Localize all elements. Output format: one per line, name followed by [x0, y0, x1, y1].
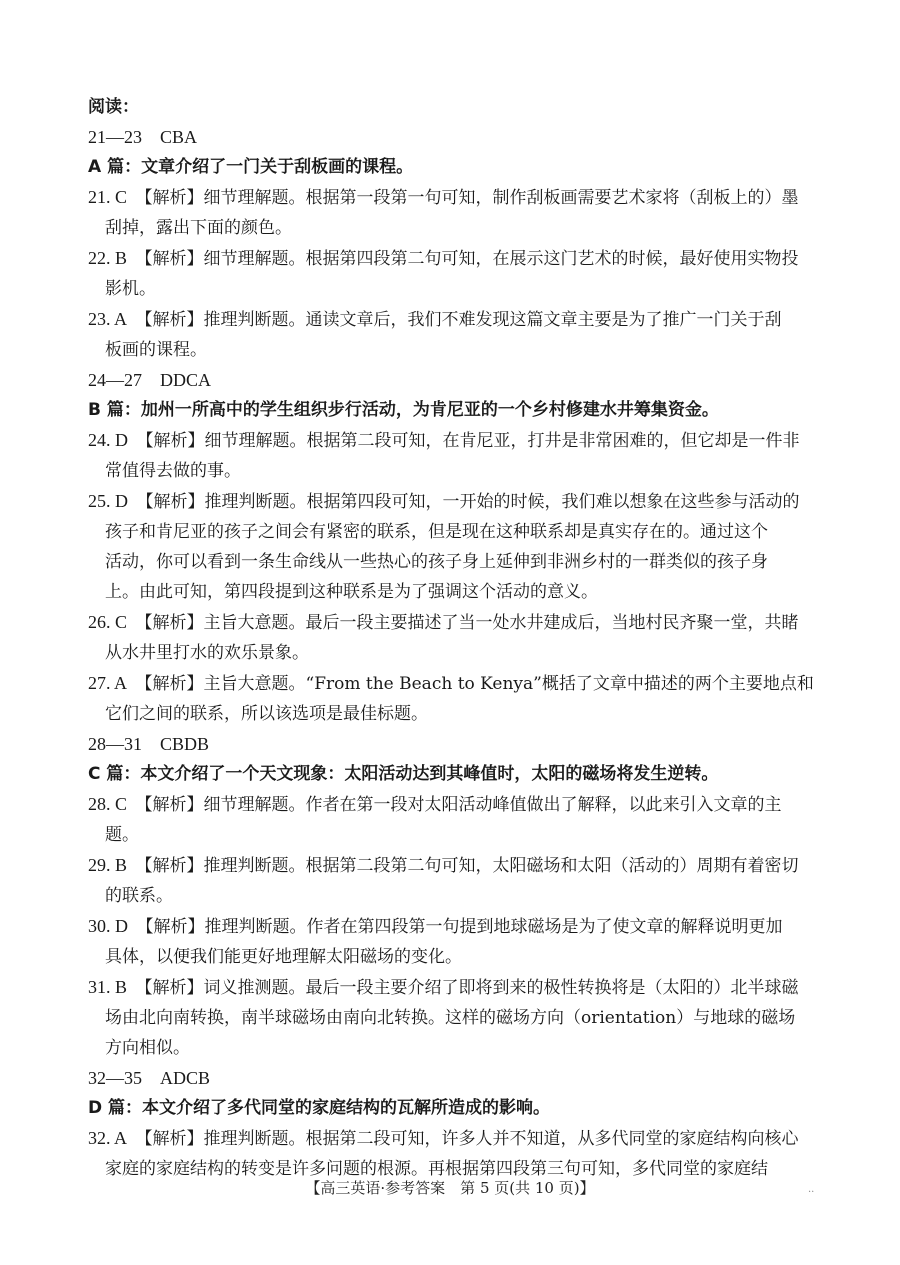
analysis-tag: 【解析】 — [136, 1129, 204, 1149]
explanation-text: 推理判断题。根据第二段可知，许多人并不知道，从多代同堂的家庭结构向核心 — [204, 1129, 799, 1149]
explanation-text: 细节理解题。根据第一段第一句可知，制作刮板画需要艺术家将（刮板上的）墨 — [204, 188, 799, 208]
explanation-continuation-line: 影机。 — [88, 274, 818, 304]
explanation-first-line: 21. C 【解析】细节理解题。根据第一段第一句可知，制作刮板画需要艺术家将（刮… — [88, 182, 818, 213]
explanation-first-line: 25. D 【解析】推理判断题。根据第四段可知，一开始的时候，我们难以想象在这些… — [88, 486, 818, 517]
explanation-text: 题。 — [105, 825, 139, 845]
explanation-text: 细节理解题。根据第四段第二句可知，在展示这门艺术的时候，最好使用实物投 — [204, 249, 799, 269]
question-number-answer: 22. B — [88, 248, 127, 268]
question-number-answer: 32. A — [88, 1128, 127, 1148]
explanation-text: 刮掉，露出下面的颜色。 — [105, 218, 292, 238]
explanation-text: 推理判断题。作者在第四段第一句提到地球磁场是为了使文章的解释说明更加 — [205, 917, 783, 937]
question-number-answer: 21. C — [88, 187, 127, 207]
question-number-answer: 25. D — [88, 491, 128, 511]
answer-explanation: 30. D 【解析】推理判断题。作者在第四段第一句提到地球磁场是为了使文章的解释… — [88, 911, 818, 972]
explanation-continuation-line: 题。 — [88, 820, 818, 850]
explanation-text: 它们之间的联系，所以该选项是最佳标题。 — [105, 704, 428, 724]
answer-explanation: 31. B 【解析】词义推测题。最后一段主要介绍了即将到来的极性转换将是（太阳的… — [88, 972, 818, 1063]
question-number-answer: 29. B — [88, 855, 127, 875]
explanation-text: 推理判断题。根据第四段可知，一开始的时候，我们难以想象在这些参与活动的 — [205, 492, 800, 512]
answer-explanation: 23. A 【解析】推理判断题。通读文章后，我们不难发现这篇文章主要是为了推广一… — [88, 304, 818, 365]
explanation-text: 上。由此可知，第四段提到这种联系是为了强调这个活动的意义。 — [105, 582, 598, 602]
question-number-answer: 26. C — [88, 612, 127, 632]
question-number-answer: 30. D — [88, 916, 128, 936]
answer-key-range: 24—27 DDCA — [88, 365, 818, 395]
analysis-tag: 【解析】 — [136, 674, 204, 694]
explanation-continuation-line: 刮掉，露出下面的颜色。 — [88, 213, 818, 243]
answer-explanation: 32. A 【解析】推理判断题。根据第二段可知，许多人并不知道，从多代同堂的家庭… — [88, 1123, 818, 1184]
explanation-text: 活动，你可以看到一条生命线从一些热心的孩子身上延伸到非洲乡村的一群类似的孩子身 — [105, 552, 768, 572]
explanation-text: 推理判断题。根据第二段第二句可知，太阳磁场和太阳（活动的）周期有着密切 — [204, 856, 799, 876]
explanation-continuation-line: 常值得去做的事。 — [88, 456, 818, 486]
explanation-first-line: 27. A 【解析】主旨大意题。“From the Beach to Kenya… — [88, 668, 818, 699]
analysis-tag: 【解析】 — [136, 856, 204, 876]
explanation-text: 常值得去做的事。 — [105, 461, 241, 481]
explanation-continuation-line: 场由北向南转换，南半球磁场由南向北转换。这样的磁场方向（orientation）… — [88, 1003, 818, 1033]
explanation-continuation-line: 的联系。 — [88, 881, 818, 911]
analysis-tag: 【解析】 — [137, 492, 205, 512]
explanation-text: 从水井里打水的欢乐景象。 — [105, 643, 309, 663]
question-number-answer: 23. A — [88, 309, 127, 329]
explanation-continuation-line: 具体，以便我们能更好地理解太阳磁场的变化。 — [88, 942, 818, 972]
answer-groups: 21—23 CBAA 篇：文章介绍了一门关于刮板画的课程。21. C 【解析】细… — [88, 122, 818, 1184]
explanation-first-line: 24. D 【解析】细节理解题。根据第二段可知，在肯尼亚，打井是非常困难的，但它… — [88, 425, 818, 456]
explanation-first-line: 23. A 【解析】推理判断题。通读文章后，我们不难发现这篇文章主要是为了推广一… — [88, 304, 818, 335]
passage-title: B 篇：加州一所高中的学生组织步行活动，为肯尼亚的一个乡村修建水井筹集资金。 — [88, 395, 818, 425]
analysis-tag: 【解析】 — [136, 795, 204, 815]
explanation-continuation-line: 从水井里打水的欢乐景象。 — [88, 638, 818, 668]
answer-explanation: 24. D 【解析】细节理解题。根据第二段可知，在肯尼亚，打井是非常困难的，但它… — [88, 425, 818, 486]
answer-explanation: 29. B 【解析】推理判断题。根据第二段第二句可知，太阳磁场和太阳（活动的）周… — [88, 850, 818, 911]
question-number-answer: 28. C — [88, 794, 127, 814]
explanation-continuation-line: 上。由此可知，第四段提到这种联系是为了强调这个活动的意义。 — [88, 577, 818, 607]
answer-explanation: 28. C 【解析】细节理解题。作者在第一段对太阳活动峰值做出了解释，以此来引入… — [88, 789, 818, 850]
analysis-tag: 【解析】 — [136, 310, 204, 330]
question-number-answer: 27. A — [88, 673, 127, 693]
answer-explanation: 22. B 【解析】细节理解题。根据第四段第二句可知，在展示这门艺术的时候，最好… — [88, 243, 818, 304]
explanation-text: 方向相似。 — [105, 1038, 190, 1058]
explanation-text: 具体，以便我们能更好地理解太阳磁场的变化。 — [105, 947, 462, 967]
explanation-continuation-line: 板画的课程。 — [88, 335, 818, 365]
analysis-tag: 【解析】 — [136, 188, 204, 208]
answer-key-range: 21—23 CBA — [88, 122, 818, 152]
explanation-first-line: 22. B 【解析】细节理解题。根据第四段第二句可知，在展示这门艺术的时候，最好… — [88, 243, 818, 274]
explanation-continuation-line: 它们之间的联系，所以该选项是最佳标题。 — [88, 699, 818, 729]
explanation-first-line: 29. B 【解析】推理判断题。根据第二段第二句可知，太阳磁场和太阳（活动的）周… — [88, 850, 818, 881]
analysis-tag: 【解析】 — [136, 978, 204, 998]
question-number-answer: 31. B — [88, 977, 127, 997]
answer-explanation: 25. D 【解析】推理判断题。根据第四段可知，一开始的时候，我们难以想象在这些… — [88, 486, 818, 607]
analysis-tag: 【解析】 — [136, 249, 204, 269]
explanation-text: 细节理解题。根据第二段可知，在肯尼亚，打井是非常困难的，但它却是一件非 — [205, 431, 800, 451]
section-title: 阅读： — [88, 92, 818, 122]
answer-explanation: 26. C 【解析】主旨大意题。最后一段主要描述了当一处水井建成后，当地村民齐聚… — [88, 607, 818, 668]
explanation-text: 细节理解题。作者在第一段对太阳活动峰值做出了解释，以此来引入文章的主 — [204, 795, 782, 815]
explanation-text: 推理判断题。通读文章后，我们不难发现这篇文章主要是为了推广一门关于刮 — [204, 310, 782, 330]
explanation-text: 场由北向南转换，南半球磁场由南向北转换。这样的磁场方向（orientation）… — [105, 1008, 795, 1028]
explanation-text: 主旨大意题。“From the Beach to Kenya”概括了文章中描述的… — [204, 674, 814, 694]
answer-explanation: 21. C 【解析】细节理解题。根据第一段第一句可知，制作刮板画需要艺术家将（刮… — [88, 182, 818, 243]
explanation-text: 词义推测题。最后一段主要介绍了即将到来的极性转换将是（太阳的）北半球磁 — [204, 978, 799, 998]
answer-key-range: 32—35 ADCB — [88, 1063, 818, 1093]
passage-title: A 篇：文章介绍了一门关于刮板画的课程。 — [88, 152, 818, 182]
explanation-continuation-line: 方向相似。 — [88, 1033, 818, 1063]
explanation-first-line: 30. D 【解析】推理判断题。作者在第四段第一句提到地球磁场是为了使文章的解释… — [88, 911, 818, 942]
analysis-tag: 【解析】 — [136, 613, 204, 633]
explanation-first-line: 28. C 【解析】细节理解题。作者在第一段对太阳活动峰值做出了解释，以此来引入… — [88, 789, 818, 820]
explanation-text: 主旨大意题。最后一段主要描述了当一处水井建成后，当地村民齐聚一堂，共睹 — [204, 613, 799, 633]
passage-title: C 篇：本文介绍了一个天文现象：太阳活动达到其峰值时，太阳的磁场将发生逆转。 — [88, 759, 818, 789]
explanation-first-line: 32. A 【解析】推理判断题。根据第二段可知，许多人并不知道，从多代同堂的家庭… — [88, 1123, 818, 1154]
page-footer: 【高三英语·参考答案 第 5 页(共 10 页)】 — [0, 1177, 900, 1198]
explanation-continuation-line: 活动，你可以看到一条生命线从一些热心的孩子身上延伸到非洲乡村的一群类似的孩子身 — [88, 547, 818, 577]
explanation-first-line: 31. B 【解析】词义推测题。最后一段主要介绍了即将到来的极性转换将是（太阳的… — [88, 972, 818, 1003]
passage-title: D 篇：本文介绍了多代同堂的家庭结构的瓦解所造成的影响。 — [88, 1093, 818, 1123]
answer-key-page: 阅读： 21—23 CBAA 篇：文章介绍了一门关于刮板画的课程。21. C 【… — [88, 92, 818, 1184]
analysis-tag: 【解析】 — [137, 917, 205, 937]
question-number-answer: 24. D — [88, 430, 128, 450]
explanation-text: 影机。 — [105, 279, 156, 299]
analysis-tag: 【解析】 — [137, 431, 205, 451]
explanation-text: 家庭的家庭结构的转变是许多问题的根源。再根据第四段第三句可知，多代同堂的家庭结 — [105, 1159, 768, 1179]
answer-key-range: 28—31 CBDB — [88, 729, 818, 759]
explanation-text: 的联系。 — [105, 886, 173, 906]
explanation-continuation-line: 孩子和肯尼亚的孩子之间会有紧密的联系，但是现在这种联系却是真实存在的。通过这个 — [88, 517, 818, 547]
explanation-text: 板画的课程。 — [105, 340, 207, 360]
corner-mark: .. — [808, 1184, 814, 1195]
explanation-text: 孩子和肯尼亚的孩子之间会有紧密的联系，但是现在这种联系却是真实存在的。通过这个 — [105, 522, 768, 542]
explanation-first-line: 26. C 【解析】主旨大意题。最后一段主要描述了当一处水井建成后，当地村民齐聚… — [88, 607, 818, 638]
answer-explanation: 27. A 【解析】主旨大意题。“From the Beach to Kenya… — [88, 668, 818, 729]
